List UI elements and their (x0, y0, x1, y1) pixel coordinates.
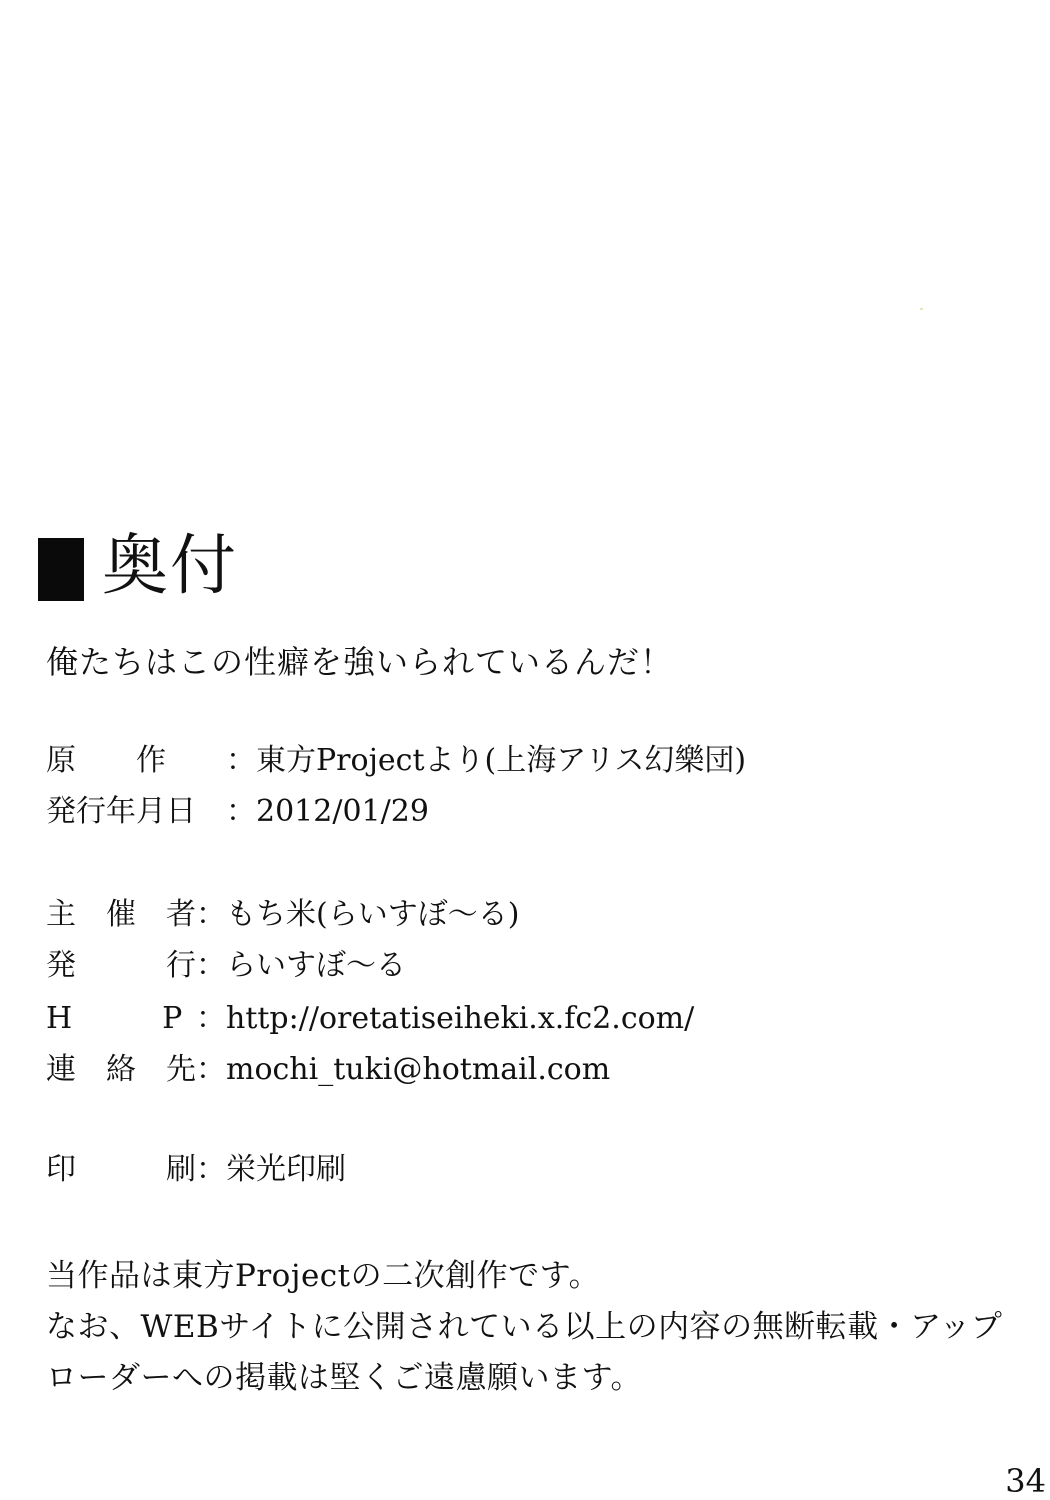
row-value: 栄光印刷 (226, 1150, 346, 1190)
row-separator: ： (226, 741, 256, 781)
row-separator: ： (196, 1150, 226, 1190)
row-label: 原 作 (46, 741, 226, 781)
homepage-link[interactable]: http://oretatiseiheki.x.fc2.com/ (226, 999, 694, 1039)
black-square-icon (38, 538, 84, 601)
row-label: 発 行 (46, 946, 196, 986)
note-line: ローダーへの掲載は堅くご遠慮願います。 (46, 1358, 642, 1398)
row-label: H P (46, 999, 196, 1039)
page-number: 34 (1005, 1462, 1046, 1500)
note-line: 当作品は東方Projectの二次創作です。 (46, 1256, 600, 1296)
row-original-work: 原 作 ： 東方Projectより(上海アリス幻樂団) (46, 741, 746, 781)
row-organizer: 主 催 者 ： もち米(らいすぼ〜る) (46, 895, 519, 935)
row-label: 発行年月日 (46, 792, 226, 832)
book-title: 俺たちはこの性癖を強いられているんだ！ (46, 640, 673, 684)
contact-email[interactable]: mochi_tuki@hotmail.com (226, 1050, 610, 1090)
row-publisher: 発 行 ： らいすぼ〜る (46, 946, 406, 986)
row-label: 主 催 者 (46, 895, 196, 935)
row-value: もち米(らいすぼ〜る) (226, 895, 519, 935)
row-separator: ： (226, 792, 256, 832)
row-label: 印 刷 (46, 1150, 196, 1190)
row-homepage: H P ： http://oretatiseiheki.x.fc2.com/ (46, 999, 694, 1039)
row-value: 2012/01/29 (256, 792, 429, 832)
row-label: 連 絡 先 (46, 1050, 196, 1090)
row-value: らいすぼ〜る (226, 946, 406, 986)
row-separator: ： (196, 895, 226, 935)
row-separator: ： (196, 999, 226, 1039)
row-printer: 印 刷 ： 栄光印刷 (46, 1150, 346, 1190)
row-value: 東方Projectより(上海アリス幻樂団) (256, 741, 746, 781)
row-publish-date: 発行年月日 ： 2012/01/29 (46, 792, 429, 832)
colophon-page: 奥付 俺たちはこの性癖を強いられているんだ！ 原 作 ： 東方Projectより… (0, 0, 1050, 1500)
scan-speck (920, 308, 923, 310)
row-separator: ： (196, 946, 226, 986)
heading-text: 奥付 (102, 526, 238, 606)
colophon-heading: 奥付 (38, 526, 238, 606)
row-contact: 連 絡 先 ： mochi_tuki@hotmail.com (46, 1050, 610, 1090)
note-line: なお、WEBサイトに公開されている以上の内容の無断転載・アップ (46, 1307, 1002, 1347)
row-separator: ： (196, 1050, 226, 1090)
